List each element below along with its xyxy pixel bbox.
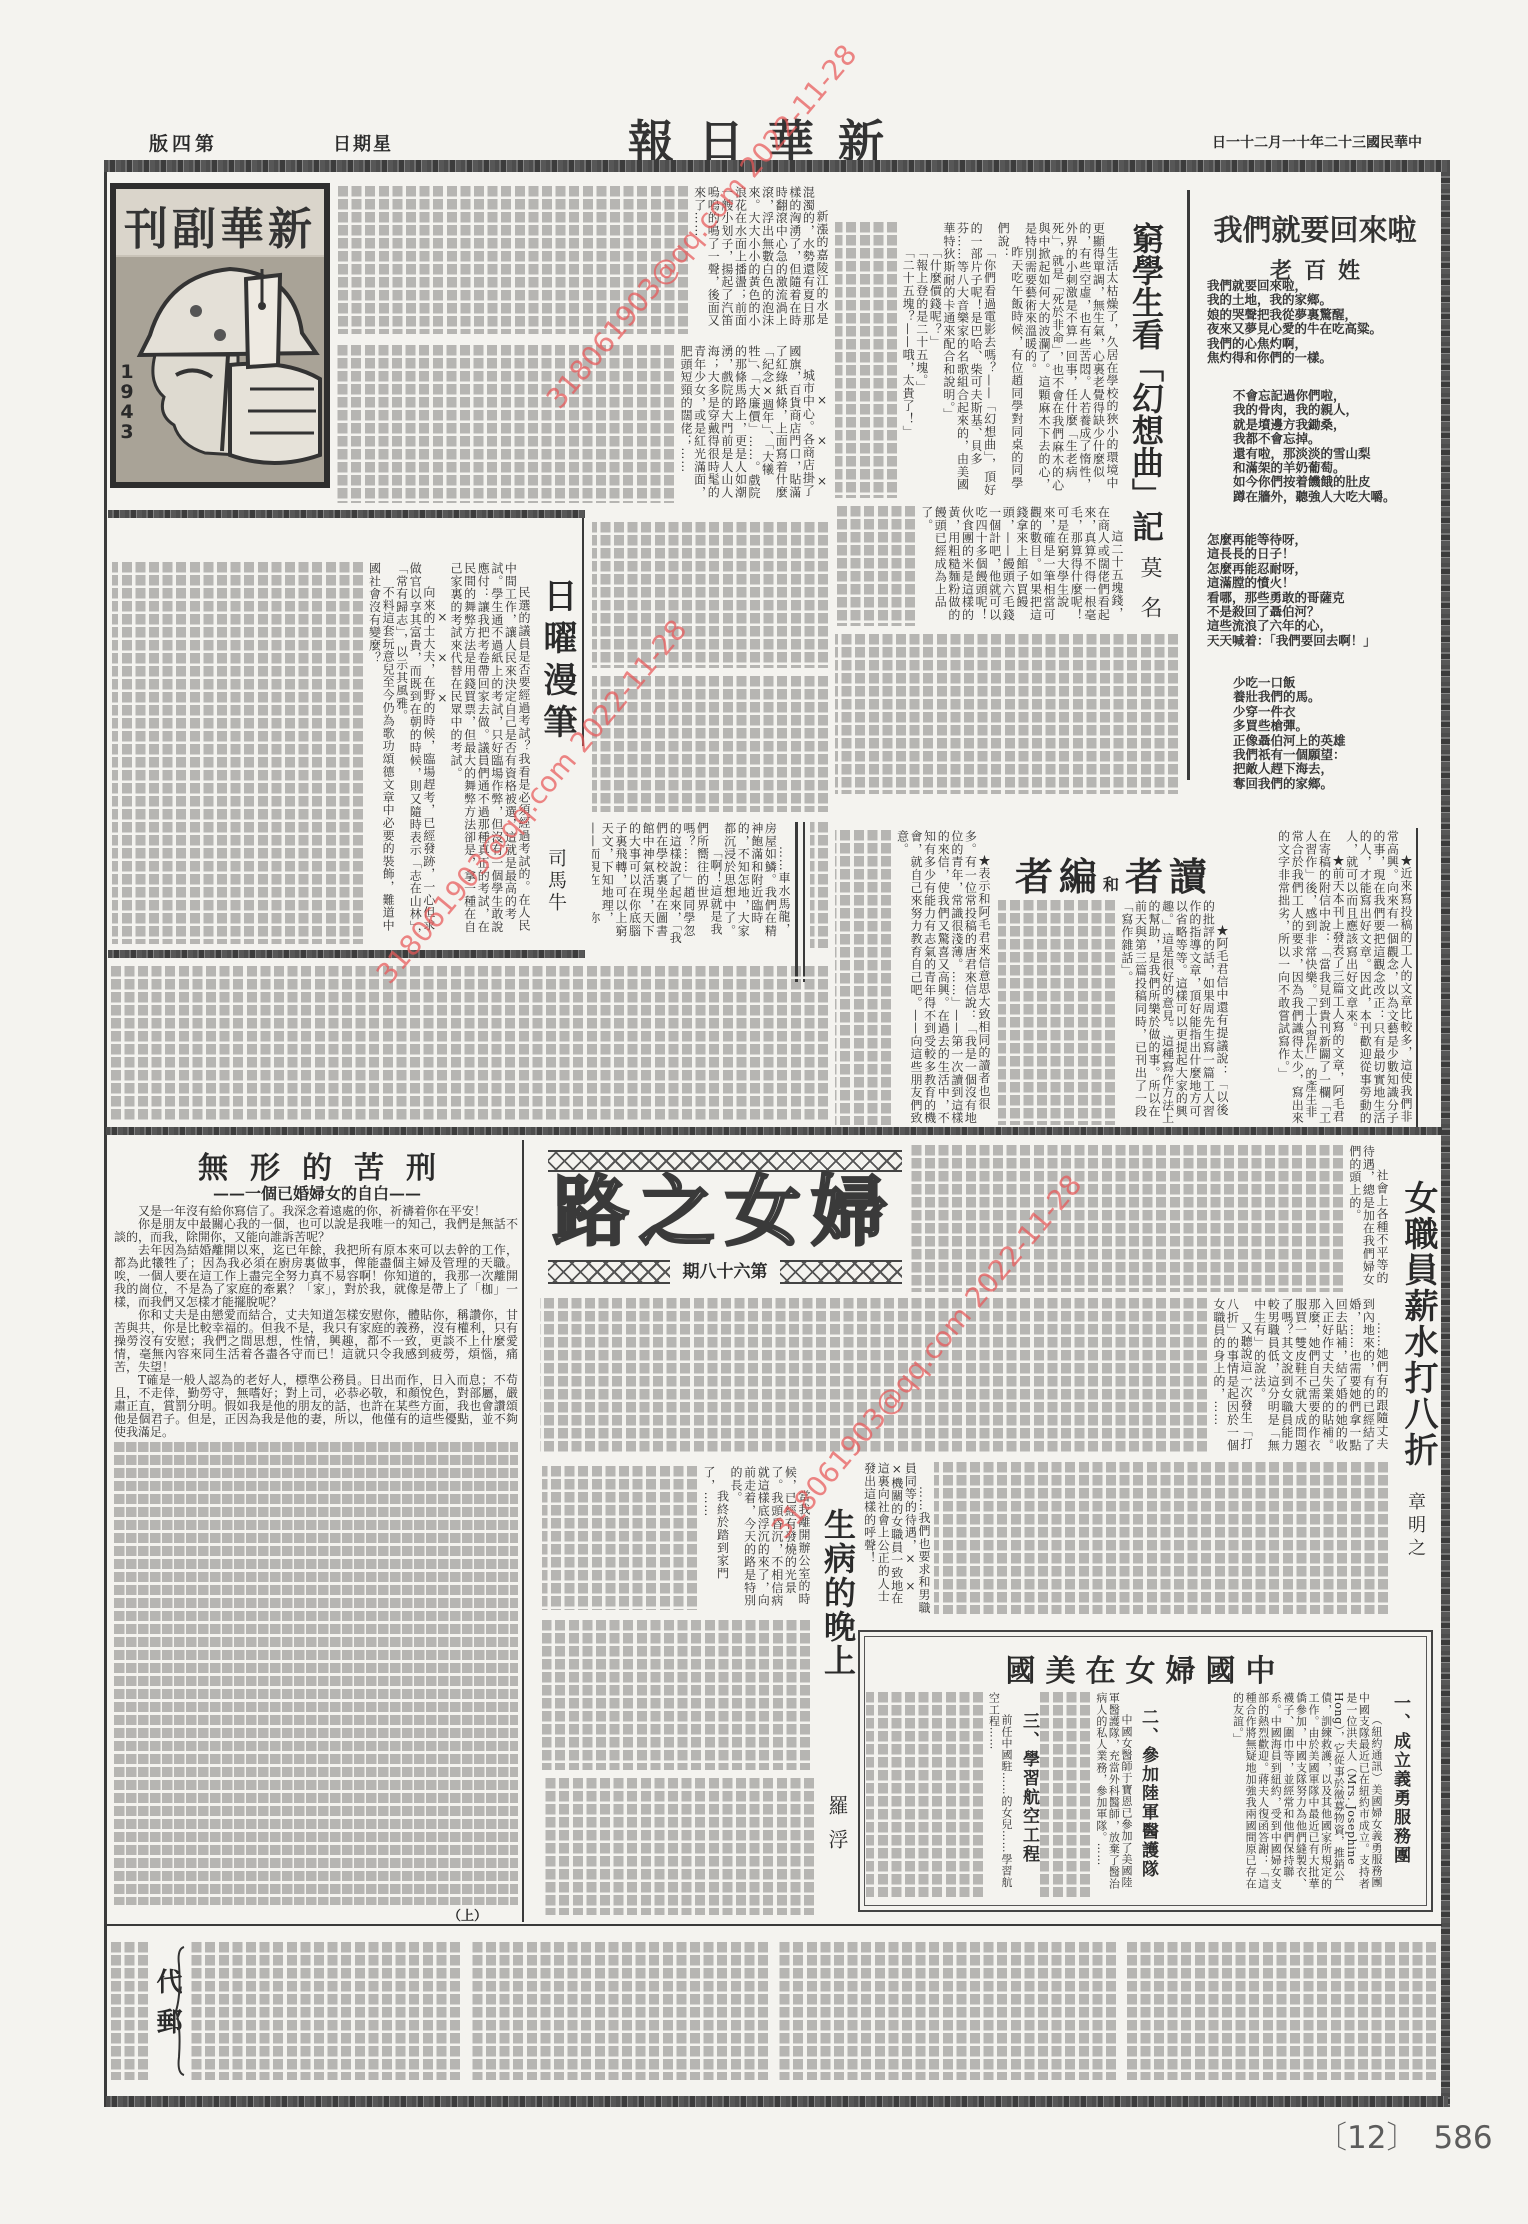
paragraph: 又聽說這一次發生「打八折」的事情是起因於一個女職員的身上的，…… [1211, 1298, 1252, 1453]
weekday-label: 星期日 [333, 130, 393, 156]
illegible-text [190, 1942, 460, 2080]
article-body: 民選的議員是否要經過考試？我看是必須經過考試的。在人民中間工作，讓人民來決定自己… [367, 562, 530, 944]
poem-line: 這些流浪了六年的心， [1207, 619, 1376, 633]
illegible-text [910, 1145, 1343, 1292]
illegible-text [835, 634, 1178, 794]
illegible-text [542, 1466, 697, 1610]
article-subtitle: ——一個已婚婦女的自白—— [112, 1181, 522, 1204]
poem-line: 這滿膛的憤火！ [1207, 576, 1376, 590]
paragraph: 新漲的嘉陵江的水是混濁的，水勢還有夏日那樣的洶湧了，但隨着在時時翻滾中心急的激流… [692, 186, 828, 334]
column-double-rule [795, 822, 798, 982]
paragraph: 你是朋友中最關心我的一個，也可以說是我唯一的知己，我們是無話不談的，而我，除開你… [114, 1218, 518, 1244]
illegible-text [810, 822, 828, 948]
poem-line: 我都不會忘掉。 [1233, 432, 1396, 446]
illegible-text [1126, 1942, 1436, 2080]
paragraph: 向來的士大夫，在野的時候，臨場趕考，已經發跡，一心但求做官以享其富貴，而既到在朝… [394, 562, 435, 944]
serial-part-marker: （上） [448, 1905, 487, 1924]
paragraph: 這二十五塊錢，在商人或闊佬們看起來，真算不得一根毫毛，那算得什麼呢！可是在窮大學… [919, 506, 1123, 626]
article-body: ……我們也要求和男職員同等的待遇，× × ×機關的女職員一致地在這裏向社會上公正… [862, 1462, 930, 1614]
paragraph: 「啊！這就是我們所嚮往的世界嗎？……」趙同學忽的這樣說了起來，「我們在學校裏坐在… [592, 822, 722, 948]
illegible-text [866, 1692, 983, 1897]
page-number: 586 [1433, 2120, 1492, 2156]
article-right-rule [522, 1140, 524, 1922]
poem-line: 娘的哭聲把我從夢裏驚醒， [1207, 308, 1382, 322]
paragraph: 「你們看過電影去嗎？——「幻想曲」，頂好的一部片子呢！是巴哈、柴可夫斯基、貝多芬… [941, 222, 995, 498]
illegible-text [542, 1620, 810, 1770]
poem-line: 不會忘記過你們啦， [1233, 389, 1396, 403]
essay-title: 日曜漫筆 [533, 578, 582, 746]
illegible-text [934, 1462, 1388, 1614]
paragraph: ★阿毛君信中還有提議說：「以後的批評的話，如果周先生寫一篇工人習作的指導文章，頂… [1119, 900, 1228, 1125]
section-heading: 三、學習航空工程 [1017, 1712, 1042, 1864]
illegible-text [540, 1298, 1207, 1453]
illegible-text [114, 1442, 518, 1905]
illegible-text [592, 676, 828, 812]
womens-road-banner: 婦女之路 第六十八期 [545, 1148, 905, 1288]
essay-top-rule [108, 510, 585, 518]
paragraph: 城市中心。各商店掛了國旗，百貨商店門口，貼滿了紅綠紙條，上面寫着什麼「紀念×週年… [678, 345, 814, 503]
section-separator: × × × [435, 562, 449, 944]
section-title: 讀者和編者 [1000, 846, 1228, 901]
article-title: 窮學生看「幻想曲」記 [1123, 222, 1169, 542]
illegible-text [335, 345, 674, 503]
title-readers: 讀者 [1125, 854, 1213, 899]
section-body-left: ★表示和阿毛君來信意思大致相同的讀者也很多。有一位常投稿的唐君來信說：「我是一個… [835, 830, 990, 1125]
poem-line: 養壯我們的馬。 [1233, 690, 1346, 704]
article-body: ★近來寫投稿的工人的文章比較多，這使我們非常高興。向來有一個觀念，以為文藝是少數… [1276, 830, 1412, 1125]
article-title: 生病的晚上 [815, 1508, 861, 1678]
poem-line: 少穿一件衣 [1233, 705, 1346, 719]
frame-left-rule [104, 172, 107, 2107]
paragraph: ……車水馬龍，房屋如鱗。我們在精神飽滿和附近臨時的，不知怎地，大家都沉浸於思想中… [722, 822, 790, 948]
section-body: 中國女醫師于寶恩已參加了美國陸軍醫護隊，充當外科醫師，放棄了醫治病人的私人業務，… [1040, 1692, 1132, 1897]
section-body-right: ★近來寫投稿的工人的文章比較多，這使我們非常高興。向來有一個觀念，以為文藝是少數… [1237, 830, 1412, 1125]
illegible-text [112, 562, 363, 944]
article-body: 新漲的嘉陵江的水是混濁的，水勢還有夏日那樣的洶湧了，但隨着在時時翻滾中心急的激流… [692, 186, 828, 334]
illegible-text [778, 1942, 1116, 2080]
poem-line: 蹲在牆外，聽強人大吃大嚼。 [1233, 490, 1396, 504]
title-editors: 編者 [1015, 854, 1103, 899]
banner-issue-number: 第六十八期 [670, 1260, 780, 1284]
poem-line: 如今你們按着饑餓的肚皮 [1233, 475, 1396, 489]
poem-line: 怎麼再能等待呀， [1207, 533, 1376, 547]
article-author: 莫名 [1134, 556, 1165, 636]
article-body: 社會上各種不平等的待遇，總是加在我們婦女們的頭上的。 [1347, 1145, 1388, 1292]
poem-line: 少吃一口飯 [1233, 676, 1346, 690]
illegible-text [470, 1942, 768, 2080]
poem-stanza: 我們就要回來啦， 我的土地，我的家鄉。 娘的哭聲把我從夢裏驚醒， 夜來又夢見心愛… [1207, 279, 1382, 365]
paragraph: 我終於踏到家門了，…… [701, 1466, 728, 1610]
paragraph: 生活太枯燥了，久居在學校的狹小的環境中更顯得單調，無生氣，心裏老覺得缺少什麼似的… [1023, 222, 1118, 498]
poem-line: 看哪，那些勇敢的哥薩克 [1207, 591, 1376, 605]
masthead-rule [104, 160, 1450, 172]
poem-line: 我的土地，我的家鄉。 [1207, 293, 1382, 307]
section-body: 前任中國駐……的女兒……學習航空工程…… [866, 1692, 1012, 1897]
section-divider [106, 1127, 1442, 1135]
article-body: 生活太枯燥了，久居在學校的狹小的環境中更顯得單調，無生氣，心裏老覺得缺少什麼似的… [901, 222, 1119, 498]
article-body-tier-3: ……我們也要求和男職員同等的待遇，× × ×機關的女職員一致地在這裏向社會上公正… [862, 1462, 1388, 1614]
article-body: ★表示和阿毛君來信意思大致相同的讀者也很多。有一位常投稿的唐君來信說：「我是一個… [895, 830, 990, 1125]
title-and: 和 [1103, 875, 1125, 894]
poem-line: 和滿架的羊奶葡萄。 [1233, 461, 1396, 475]
paragraph: （紐約通訊）美國婦女義勇服務團中國支隊最近已在紐約市成立。支持者是一位洪夫人（M… [1231, 1692, 1382, 1897]
article-text: 又是一年沒有給你寫信了。我深念着遠處的你，祈禱着你在平安！ 你是朋友中最關心我的… [114, 1205, 518, 1439]
section-divider [106, 1924, 1442, 1926]
box-title: 中國婦女在美國 [860, 1646, 1431, 1690]
paragraph: ……她們有的跟隨丈夫到內地來的，有的已經結了婚，……也需要她們拿一點回去貼補，結… [1252, 1298, 1388, 1453]
paragraph: 「報上登的是二十五塊。」 [914, 222, 928, 498]
section-separator: × × × [814, 345, 828, 503]
paragraph: 前任中國駐……的女兒……學習航空工程…… [987, 1692, 1012, 1897]
page-label: 第四版 [149, 129, 218, 156]
archive-page-number: 〔12〕586 [1316, 2112, 1493, 2157]
banner-ornament [548, 1260, 670, 1284]
section-heading: 二、參加陸軍醫護隊 [1136, 1708, 1161, 1879]
poem-line: 把敵人趕下海去， [1233, 762, 1346, 776]
paragraph: ★表示和阿毛君來信意思大致相同的讀者也很多。有一位常投稿的唐君來信說：「我是一個… [895, 830, 990, 1125]
article-author: 羅浮 [823, 1795, 852, 1863]
illegible-text [542, 1778, 814, 1915]
article-author: 章明之 [1402, 1492, 1428, 1561]
masthead-row: 第四版 星期日 新華日報 中華民國三十二年十一月二十一日 [0, 0, 1528, 176]
poem-line: 我們祇有一個願望： [1233, 748, 1346, 762]
paragraph: 中國女醫師于寶恩已參加了美國陸軍醫護隊，充當外科醫師，放棄了醫治病人的私人業務，… [1094, 1692, 1132, 1897]
article-body: ★阿毛君信中還有提議說：「以後的批評的話，如果周先生寫一篇工人習作的指導文章，頂… [1119, 900, 1228, 1125]
story-continuation-tier-1: 新漲的嘉陵江的水是混濁的，水勢還有夏日那樣的洶湧了，但隨着在時時翻滾中心急的激流… [335, 186, 828, 334]
essay-right-rule [582, 518, 584, 746]
poem-line: 多買些槍彈。 [1233, 719, 1346, 733]
banner-title: 婦女之路 [545, 1168, 905, 1256]
essay-body: 民選的議員是否要經過考試？我看是必須經過考試的。在人民中間工作，讓人民來決定自己… [112, 562, 530, 944]
illegible-text [998, 900, 1115, 1125]
illegible-text [110, 966, 828, 1122]
paragraph: 「二十五塊？——哦，太貴了！」 [901, 222, 915, 498]
poem-line: 焦灼得和你們的一樣。 [1207, 351, 1382, 365]
article-body: 這二十五塊錢，在商人或闊佬們看起來，真算不得一根毫毛，那算得什麼呢！可是在窮大學… [919, 506, 1123, 626]
poem-line: 我們的心焦灼啊， [1207, 337, 1382, 351]
curly-brace-icon [174, 1945, 186, 2077]
illegible-text [1040, 1692, 1090, 1897]
paragraph: ★前天本刊上發表了三篇工人寫的文章，阿毛君在寄稿的附信中說：「當我見到貴刊新闢了… [1276, 830, 1344, 1125]
volume-page-index: 〔12〕 [1316, 2120, 1417, 2156]
poem-line: 夜來又夢見心愛的牛在吃高粱。 [1207, 322, 1382, 336]
frame-right-band [1441, 172, 1450, 2107]
article-body: （紐約通訊）美國婦女義勇服務團中國支隊最近已在紐約市成立。支持者是一位洪夫人（M… [1231, 1692, 1382, 1897]
story-continuation-tier-2: × × × 城市中心。各商店掛了國旗，百貨商店門口，貼滿了紅綠紙條，上面寫着什麼… [335, 345, 828, 503]
poem-line: 我們就要回來啦， [1207, 279, 1382, 293]
article-body-tier-1: 當我離開辦公室的時候，已經有發燒的光景了。我頭昏沉，不相信病就這樣底浮沉的來了，… [542, 1466, 810, 1610]
illegible-text [835, 222, 897, 498]
paragraph: 民選的議員是否要經過考試？我看是必須經過考試的。在人民中間工作，讓人民來決定自己… [448, 562, 530, 944]
paragraph: 當我離開辦公室的時候，已經有發燒的光景了。我頭昏沉，不相信病就這樣底浮沉的來了，… [728, 1466, 810, 1610]
section-body: （紐約通訊）美國婦女義勇服務團中國支隊最近已在紐約市成立。支持者是一位洪夫人（M… [1160, 1692, 1382, 1897]
paragraph: ★近來寫投稿的工人的文章比較多，這使我們非常高興。向來有一個觀念，以為文藝是少數… [1344, 830, 1412, 1125]
section-body-middle: ★阿毛君信中還有提議說：「以後的批評的話，如果周先生寫一篇工人習作的指導文章，頂… [998, 900, 1228, 1125]
article-body: 當我離開辦公室的時候，已經有發燒的光景了。我頭昏沉，不相信病就這樣底浮沉的來了，… [701, 1466, 810, 1610]
banner-ornament [780, 1260, 902, 1284]
poem-line: 還有啦，那淡淡的雪山梨 [1233, 447, 1396, 461]
illegible-text [835, 506, 915, 626]
paragraph: 不料這套玩意兒至今仍為歌功頌德文章中必要的裝飾，難道中國社會沒有變麼？ [367, 562, 394, 944]
story-continuation-street: ……車水馬龍，房屋如鱗。我們在精神飽滿和附近臨時的，不知怎地，大家都沉浸於思想中… [592, 822, 790, 948]
poem-line: 天天喊着：「我們要回去啊！」 [1207, 634, 1376, 648]
article-body: × × × 城市中心。各商店掛了國旗，百貨商店門口，貼滿了紅綠紙條，上面寫着什麼… [678, 345, 828, 503]
poem-line: 奪回我們的家鄉。 [1233, 777, 1346, 791]
paragraph: ……我們也要求和男職員同等的待遇，× × ×機關的女職員一致地在這裏向社會上公正… [862, 1462, 930, 1614]
article-body-tier-2: 這二十五塊錢，在商人或闊佬們看起來，真算不得一根毫毛，那算得什麼呢！可是在窮大學… [835, 506, 1123, 626]
article-body-tier-1: 生活太枯燥了，久居在學校的狹小的環境中更顯得單調，無生氣，心裏老覺得缺少什麼似的… [835, 222, 1118, 498]
bottom-rule [106, 2096, 1448, 2107]
issue-date: 中華民國三十二年十一月二十一日 [1212, 132, 1422, 152]
illegible-text [835, 830, 891, 1125]
illegible-text [110, 1942, 148, 2080]
section-box-rule [1416, 828, 1418, 1128]
supplement-year: 1943 [116, 361, 138, 441]
supplement-masthead-woodcut: 新華副刊 1943 [110, 183, 330, 488]
poem-line: 正像聶伯河上的英雄 [1233, 734, 1346, 748]
poem-line: 我的骨肉，我的親人， [1233, 403, 1396, 417]
paragraph: 你和丈夫是由戀愛而結合，丈夫知道怎樣安慰你，體貼你，稱讚你，甘苦與共，你是比較幸… [114, 1309, 518, 1374]
column-double-rule [803, 822, 805, 982]
essay-bottom-rule [108, 950, 585, 958]
poem-line: 怎麼再能忍耐呀， [1207, 562, 1376, 576]
poem-line: 不是殺回了聶伯河？ [1207, 605, 1376, 619]
paragraph: 社會上各種不平等的待遇，總是加在我們婦女們的頭上的。 [1347, 1145, 1388, 1292]
poem-stanza: 少吃一口飯 養壯我們的馬。 少穿一件衣 多買些槍彈。 正像聶伯河上的英雄 我們祇… [1233, 676, 1346, 791]
article-body: 又是一年沒有給你寫信了。我深念着遠處的你，祈禱着你在平安！ 你是朋友中最關心我的… [114, 1205, 518, 1905]
poem-we-are-coming-back: 我們就要回來啦 老百姓 我們就要回來啦， 我的土地，我的家鄉。 娘的哭聲把我從夢… [1190, 186, 1440, 790]
poem-stanza: 不會忘記過你們啦， 我的骨肉，我的親人， 就是墳邊方我鋤桑， 我都不會忘掉。 還… [1233, 389, 1396, 504]
supplement-title: 新華副刊 [110, 193, 330, 257]
poem-left-rule [1187, 190, 1190, 780]
poem-line: 這長長的日子！ [1207, 547, 1376, 561]
article-body-tier-2: ……她們有的跟隨丈夫到內地來的，有的已經結了婚，……也需要她們拿一點回去貼補，結… [540, 1298, 1388, 1453]
poem-line: 就是墳邊方我鋤桑， [1233, 418, 1396, 432]
article-title: 女職員薪水打八折 [1394, 1180, 1443, 1468]
paragraph: T確是一般人認為的老好人，標準公務員。日出而作，日入而息；不苟且，不走倖，勤勞守… [114, 1374, 518, 1439]
paragraph: 去年因為結婚離開以來，迄已年餘，我把所有原本來可以去幹的工作，都為此犧牲了；因為… [114, 1244, 518, 1309]
article-body: ……她們有的跟隨丈夫到內地來的，有的已經結了婚，……也需要她們拿一點回去貼補，結… [1211, 1298, 1388, 1453]
paragraph: 昨天吃午飯時候，有位趙同學對同桌的同學們說： [996, 222, 1023, 498]
section-heading: 一、成立義勇服務團 [1388, 1694, 1413, 1865]
poem-title: 我們就要回來啦 [1210, 208, 1420, 249]
paragraph: 「什麼價錢呢？」 [928, 222, 942, 498]
poem-stanza: 怎麼再能等待呀， 這長長的日子！ 怎麼再能忍耐呀， 這滿膛的憤火！ 看哪，那些勇… [1207, 533, 1376, 648]
illegible-text [592, 522, 828, 668]
article-body-tier-1: 社會上各種不平等的待遇，總是加在我們婦女們的頭上的。 [910, 1145, 1388, 1292]
essay-author: 司馬牛 [543, 848, 570, 914]
illegible-text [335, 186, 688, 334]
article-body: 前任中國駐……的女兒……學習航空工程…… [987, 1692, 1012, 1897]
article-body: 中國女醫師于寶恩已參加了美國陸軍醫護隊，充當外科醫師，放棄了醫治病人的私人業務，… [1094, 1692, 1132, 1897]
article-body: ……車水馬龍，房屋如鱗。我們在精神飽滿和附近臨時的，不知怎地，大家都沉浸於思想中… [592, 822, 790, 948]
